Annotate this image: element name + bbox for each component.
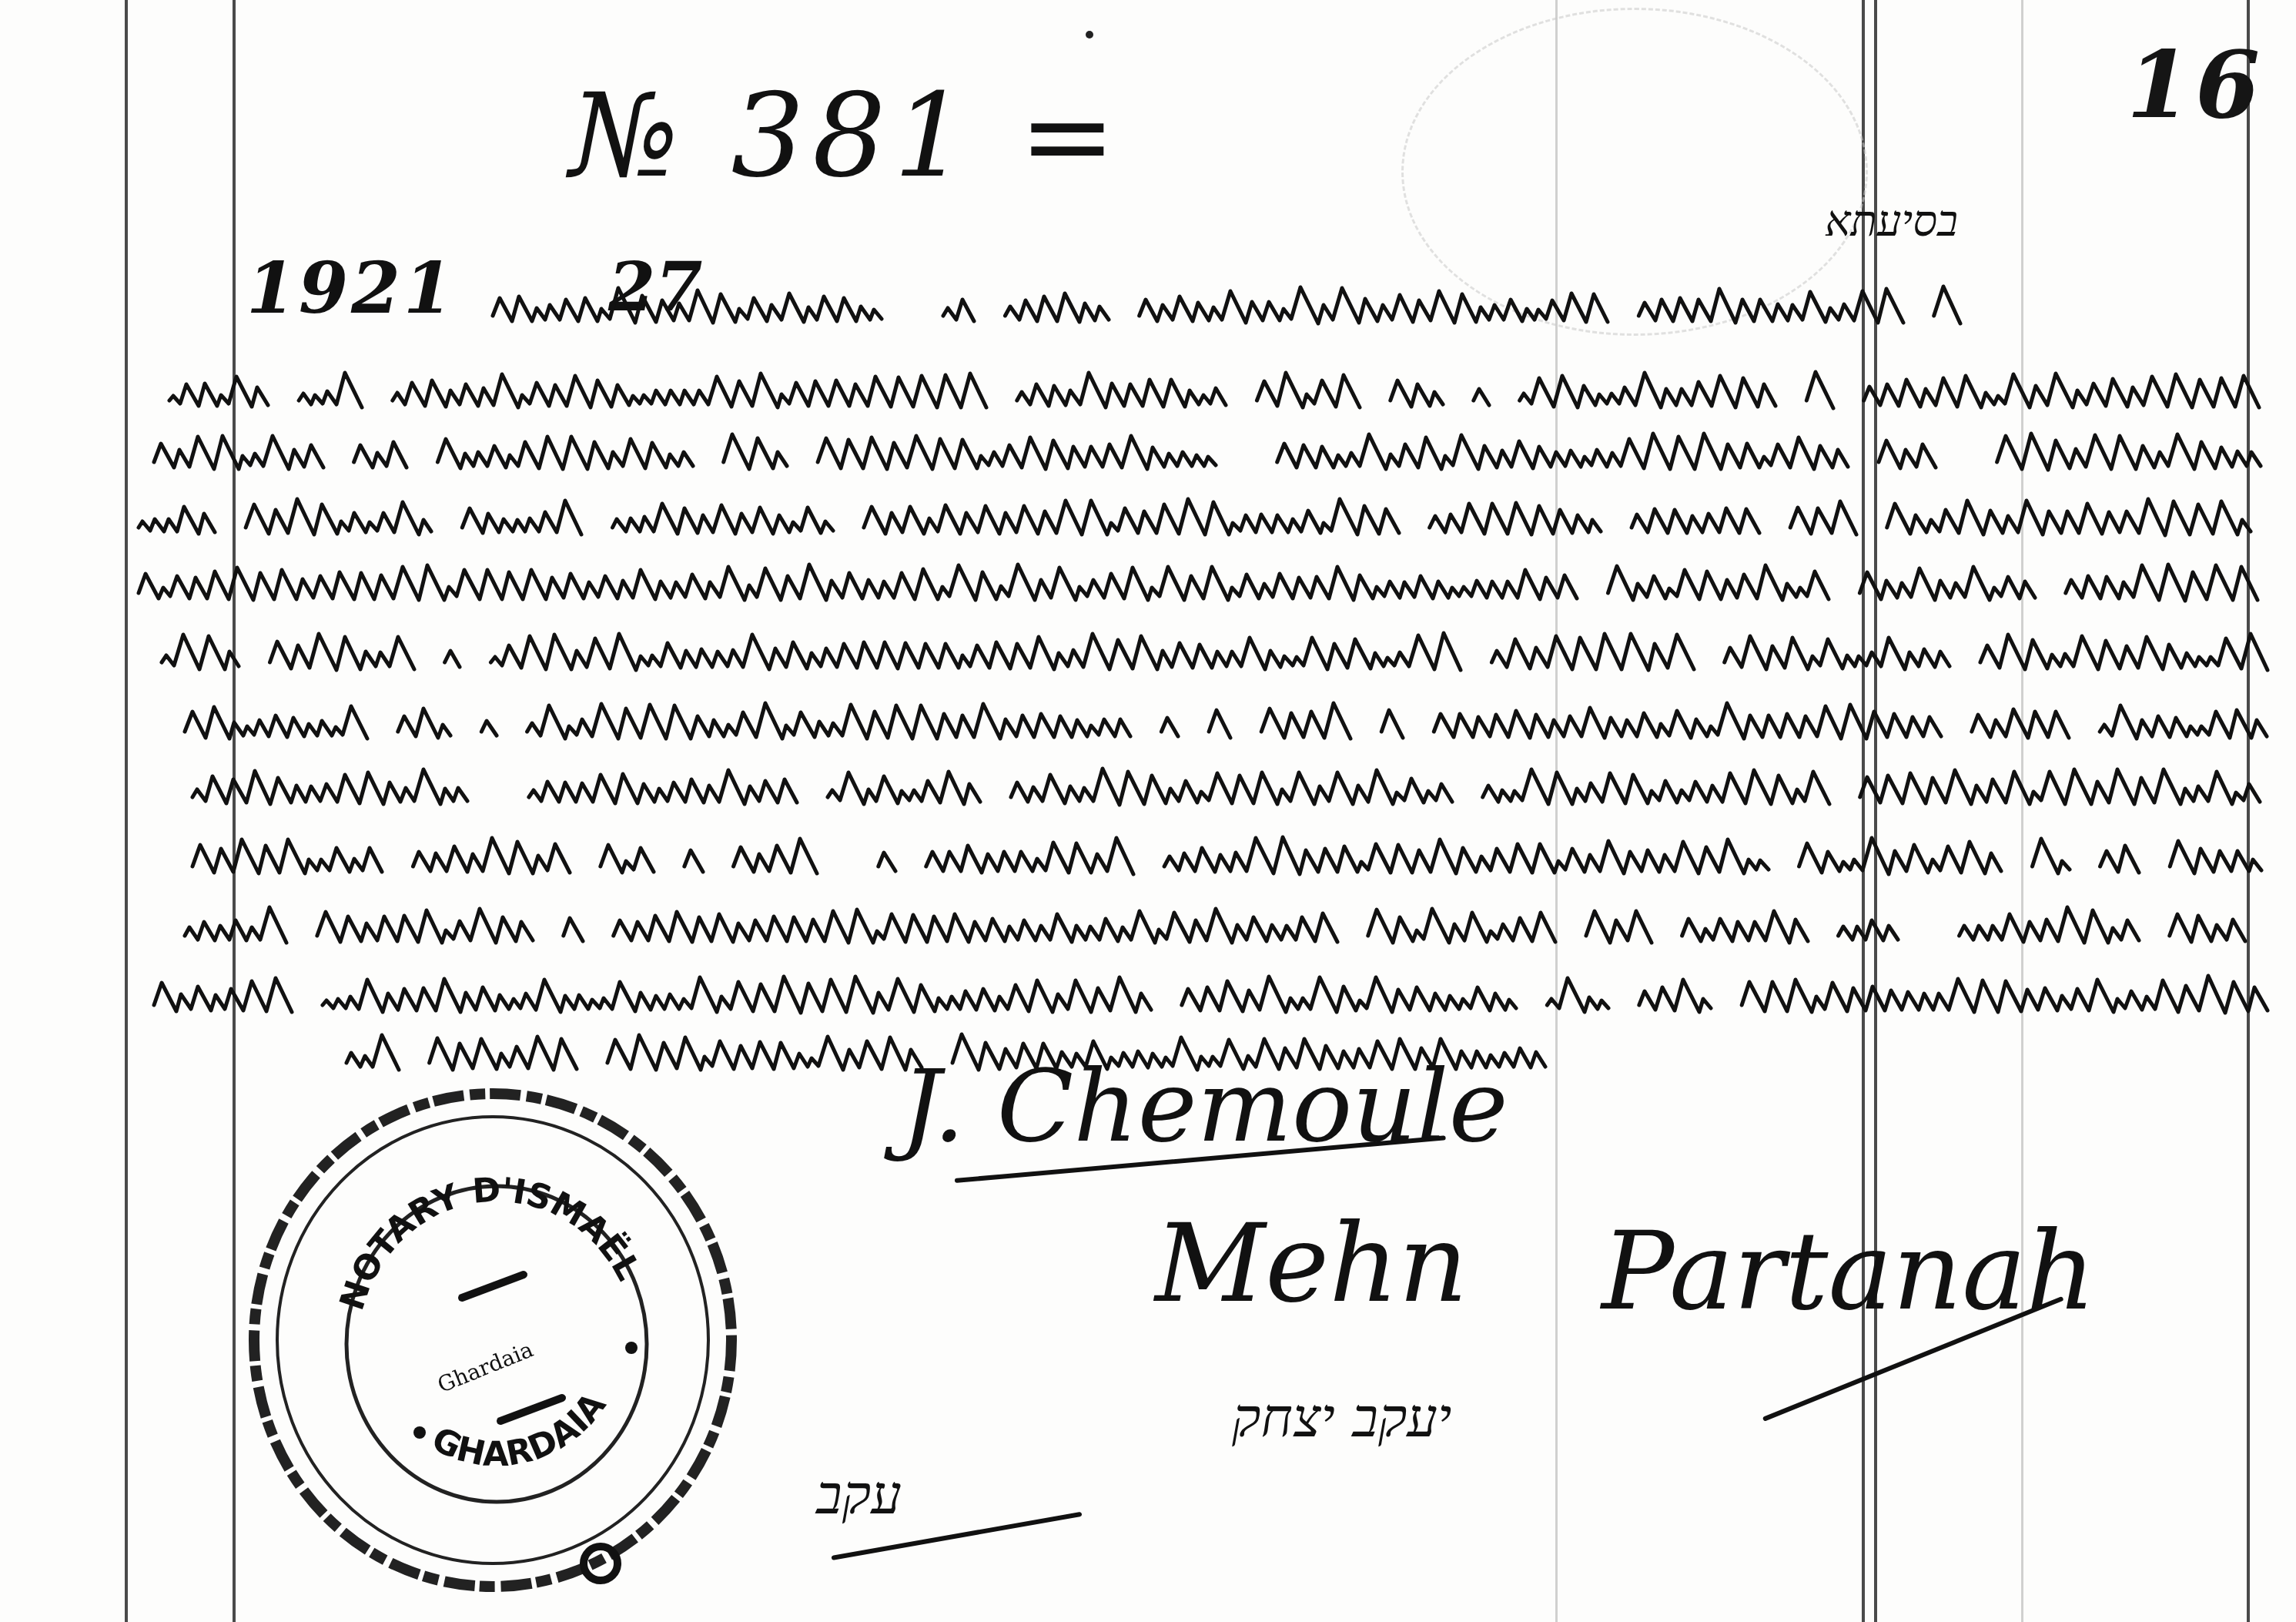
handwritten-line: [185, 701, 2264, 747]
document-number: № 381 =: [570, 69, 1123, 203]
svg-text:NOTARY D'ISMAËL: NOTARY D'ISMAËL: [333, 1170, 648, 1315]
handwritten-line: [162, 632, 2256, 678]
seal-icon: NOTARY D'ISMAËL GHARDAIA Ghardaia: [239, 1071, 747, 1602]
official-seal: NOTARY D'ISMAËL GHARDAIA Ghardaia: [239, 1071, 747, 1602]
ruled-margin-line: [125, 0, 128, 1622]
handwritten-line: [493, 285, 1940, 331]
page-number: 16: [2127, 31, 2264, 139]
handwritten-line: [185, 905, 2233, 951]
signature-chemoule: J. Chemoule: [901, 1047, 1508, 1165]
handwritten-line: [192, 836, 2256, 882]
hebrew-signature-lower: עקב: [816, 1463, 902, 1527]
date-year: 1921: [246, 246, 456, 330]
handwritten-line: [154, 974, 2256, 1020]
handwritten-line: [139, 562, 2256, 608]
hebrew-signature: יעקב יצחק: [1232, 1386, 1451, 1450]
scan-speck: [1086, 31, 1093, 39]
handwritten-line: [139, 497, 2248, 543]
seal-top-text: NOTARY D'ISMAËL: [333, 1170, 648, 1315]
seal-bottom-text: GHARDAIA: [426, 1386, 614, 1474]
signature-mehn: Mehn: [1155, 1201, 1468, 1327]
handwritten-line: [169, 370, 2248, 416]
handwritten-line: [154, 431, 2256, 478]
svg-text:GHARDAIA: GHARDAIA: [426, 1386, 614, 1474]
scanned-document-page: 16 № 381 = בסיעתא 1921 27 NOTARY D'ISMAË…: [0, 0, 2296, 1622]
opening-word: בסיעתא: [1825, 196, 1958, 246]
handwritten-line: [192, 766, 2248, 813]
seal-center-text: Ghardaia: [434, 1336, 537, 1398]
